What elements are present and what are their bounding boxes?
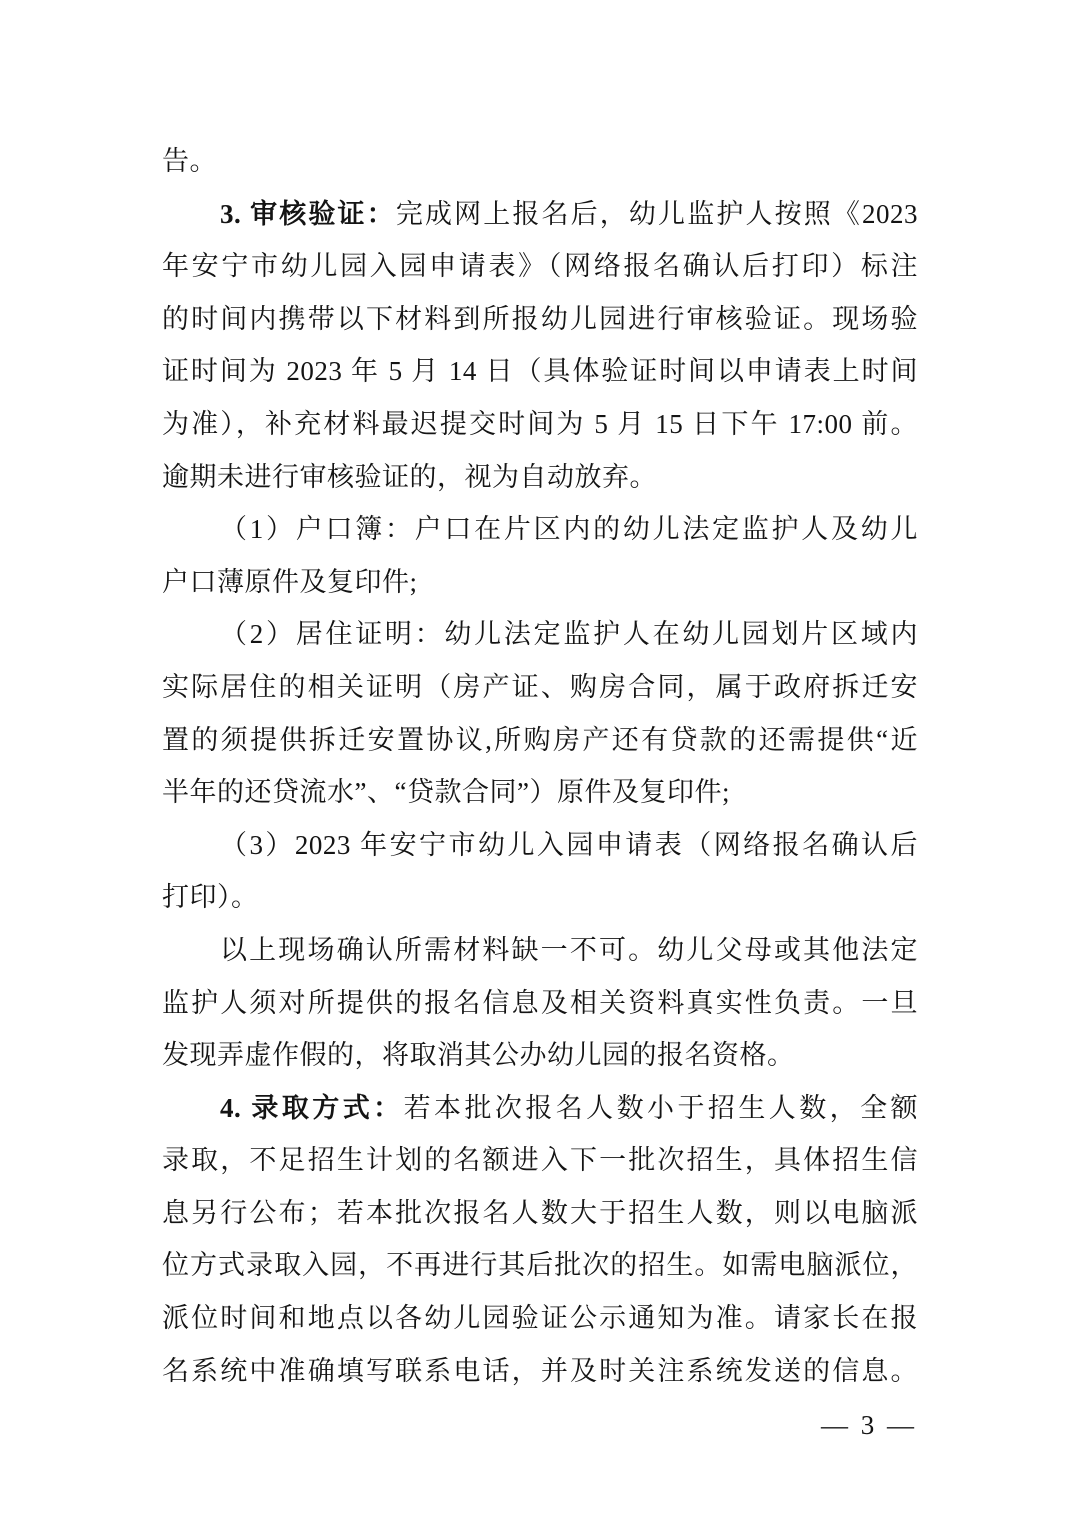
text-run: 的时间内携带以下材料到所报幼儿园进行审核验证。现场验 <box>162 304 918 334</box>
document-body-text: 告。3. 审核验证：完成网上报名后，幼儿监护人按照《2023年安宁市幼儿园入园申… <box>162 135 918 1397</box>
text-run: 名系统中准确填写联系电话，并及时关注系统发送的信息。 <box>162 1356 918 1386</box>
text-run: 年安宁市幼儿园入园申请表》（网络报名确认后打印）标注 <box>162 251 918 281</box>
text-line: 证时间为 2023 年 5 月 14 日（具体验证时间以申请表上时间 <box>162 345 918 398</box>
text-line: 半年的还贷流水”、“贷款合同”）原件及复印件; <box>162 766 918 819</box>
text-line: （1）户口簿：户口在片区内的幼儿法定监护人及幼儿 <box>162 503 918 556</box>
text-run: 逾期未进行审核验证的，视为自动放弃。 <box>162 462 657 492</box>
text-run: 户口薄原件及复印件; <box>162 567 418 597</box>
text-line: 逾期未进行审核验证的，视为自动放弃。 <box>162 451 918 504</box>
text-line: 为准），补充材料最迟提交时间为 5 月 15 日下午 17:00 前。 <box>162 398 918 451</box>
text-line: 息另行公布；若本批次报名人数大于招生人数，则以电脑派 <box>162 1187 918 1240</box>
text-run: （3）2023 年安宁市幼儿入园申请表（网络报名确认后 <box>220 830 918 860</box>
text-run: （1）户口簿：户口在片区内的幼儿法定监护人及幼儿 <box>220 514 918 544</box>
bold-heading-run: 4. 录取方式： <box>220 1093 404 1123</box>
text-line: 3. 审核验证：完成网上报名后，幼儿监护人按照《2023 <box>162 188 918 241</box>
text-run: 若本批次报名人数小于招生人数，全额 <box>404 1093 918 1123</box>
text-line: 以上现场确认所需材料缺一不可。幼儿父母或其他法定 <box>162 924 918 977</box>
text-run: 派位时间和地点以各幼儿园验证公示通知为准。请家长在报 <box>162 1303 918 1333</box>
text-line: 派位时间和地点以各幼儿园验证公示通知为准。请家长在报 <box>162 1292 918 1345</box>
text-run: 位方式录取入园，不再进行其后批次的招生。如需电脑派位， <box>162 1250 918 1280</box>
text-run: 半年的还贷流水”、“贷款合同”）原件及复印件; <box>162 777 730 807</box>
text-run: 打印）。 <box>162 882 259 912</box>
text-run: 录取，不足招生计划的名额进入下一批次招生，具体招生信 <box>162 1145 918 1175</box>
text-run: （2）居住证明：幼儿法定监护人在幼儿园划片区域内 <box>220 619 918 649</box>
text-run: 为准），补充材料最迟提交时间为 5 月 15 日下午 17:00 前。 <box>162 409 918 439</box>
text-line: 实际居住的相关证明（房产证、购房合同，属于政府拆迁安 <box>162 661 918 714</box>
text-line: 打印）。 <box>162 871 918 924</box>
text-line: 户口薄原件及复印件; <box>162 556 918 609</box>
text-run: 监护人须对所提供的报名信息及相关资料真实性负责。一旦 <box>162 988 918 1018</box>
text-run: 完成网上报名后，幼儿监护人按照《2023 <box>396 199 918 229</box>
text-run: 以上现场确认所需材料缺一不可。幼儿父母或其他法定 <box>220 935 918 965</box>
text-line: （3）2023 年安宁市幼儿入园申请表（网络报名确认后 <box>162 819 918 872</box>
text-run: 实际居住的相关证明（房产证、购房合同，属于政府拆迁安 <box>162 672 918 702</box>
text-line: 告。 <box>162 135 918 188</box>
text-line: 位方式录取入园，不再进行其后批次的招生。如需电脑派位， <box>162 1239 918 1292</box>
text-line: 录取，不足招生计划的名额进入下一批次招生，具体招生信 <box>162 1134 918 1187</box>
page-number: — 3 — <box>821 1410 917 1441</box>
text-line: 置的须提供拆迁安置协议,所购房产还有贷款的还需提供“近 <box>162 714 918 767</box>
text-line: （2）居住证明：幼儿法定监护人在幼儿园划片区域内 <box>162 608 918 661</box>
text-run: 发现弄虚作假的，将取消其公办幼儿园的报名资格。 <box>162 1040 795 1070</box>
text-line: 的时间内携带以下材料到所报幼儿园进行审核验证。现场验 <box>162 293 918 346</box>
text-run: 置的须提供拆迁安置协议,所购房产还有贷款的还需提供“近 <box>162 725 918 755</box>
text-line: 4. 录取方式：若本批次报名人数小于招生人数，全额 <box>162 1082 918 1135</box>
text-line: 发现弄虚作假的，将取消其公办幼儿园的报名资格。 <box>162 1029 918 1082</box>
text-line: 监护人须对所提供的报名信息及相关资料真实性负责。一旦 <box>162 977 918 1030</box>
text-run: 告。 <box>162 146 217 176</box>
document-page: 告。3. 审核验证：完成网上报名后，幼儿监护人按照《2023年安宁市幼儿园入园申… <box>0 0 1080 1527</box>
text-line: 年安宁市幼儿园入园申请表》（网络报名确认后打印）标注 <box>162 240 918 293</box>
text-line: 名系统中准确填写联系电话，并及时关注系统发送的信息。 <box>162 1345 918 1398</box>
text-run: 证时间为 2023 年 5 月 14 日（具体验证时间以申请表上时间 <box>162 356 918 386</box>
text-run: 息另行公布；若本批次报名人数大于招生人数，则以电脑派 <box>162 1198 918 1228</box>
bold-heading-run: 3. 审核验证： <box>220 199 396 229</box>
